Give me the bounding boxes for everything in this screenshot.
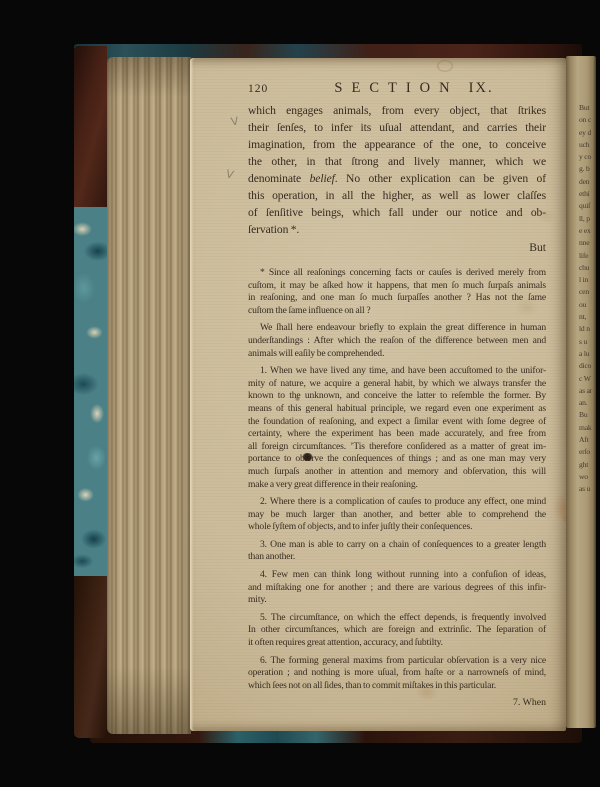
text-fragment: nt,	[579, 311, 596, 323]
paragraph: 4. Few men can think long without runnin…	[248, 569, 546, 607]
text-segment: of ſenſitive beings, which fall under ou…	[248, 206, 546, 219]
paragraph: which engages animals, from every object…	[248, 102, 546, 238]
stain-ring	[434, 58, 456, 74]
text-segment: In other circumſtances, which are foreig…	[248, 624, 546, 635]
text-line: cuſtom the ſame influence on all ?	[248, 305, 546, 318]
text-segment: . No other explication can be given of	[335, 172, 546, 185]
stain-foxing	[412, 680, 442, 704]
text-line: which ſees not on all ſides, than to com…	[248, 680, 546, 693]
text-line: certainty, where the experiment has been…	[248, 428, 546, 441]
text-line: the foundation of reaſoning, and expect …	[248, 416, 546, 429]
text-segment: mity of nature, we acquire a general hab…	[248, 378, 546, 389]
text-fragment: erſo	[579, 446, 596, 458]
text-line: than another.	[248, 551, 546, 564]
text-fragment: ethi	[579, 188, 596, 200]
stain-foxing	[306, 656, 322, 668]
text-segment: 5. The circumſtance, on which the effect…	[260, 612, 546, 623]
text-fragment: an.	[579, 397, 596, 409]
text-segment: We ſhall here endeavour briefly to expla…	[260, 322, 546, 333]
text-segment: it often requires great attention, accur…	[248, 637, 443, 648]
text-line: whole ſyſtem of objects, and to infer ju…	[248, 521, 546, 534]
text-line: * Since all reaſonings concerning facts …	[248, 267, 546, 280]
italic-word: belief	[310, 172, 335, 185]
text-fragment: den	[579, 176, 596, 188]
text-line: make a very great difference in their re…	[248, 479, 546, 492]
spine-leather-bottom	[74, 576, 107, 738]
text-line: 4. Few men can think long without runnin…	[248, 569, 546, 582]
section-title: SECTIONIX.	[248, 79, 546, 97]
text-fragment: cen	[579, 286, 596, 298]
text-segment: animals will eaſily be comprehended.	[248, 348, 384, 359]
text-segment: the other, in that ſtrong and lively man…	[248, 155, 546, 168]
text-segment: 3. One man is able to carry on a chain o…	[260, 539, 546, 550]
section-word: SECTION	[334, 80, 458, 96]
text-fragment: s u	[579, 336, 596, 348]
text-segment: 6. The forming general maxims from parti…	[260, 655, 546, 666]
text-segment: known to the unknown, and conceive the l…	[248, 390, 546, 401]
text-line: 5. The circumſtance, on which the effect…	[248, 612, 546, 625]
page-edge-stack	[107, 57, 191, 734]
text-segment: in reaſoning, and one man ſo much ſurpaſ…	[248, 292, 546, 303]
text-segment: 2. Where there is a complication of cauſ…	[260, 496, 546, 507]
page-header: 120 SECTIONIX.	[248, 79, 546, 97]
text-line: cuſtom, it may be aſked how it happens, …	[248, 280, 546, 293]
bottom-catchword: 7. When	[248, 697, 546, 708]
section-numeral: IX.	[469, 80, 494, 96]
text-segment: their ſenſes, to infer its uſual attenda…	[248, 121, 546, 134]
footnote-block: * Since all reaſonings concerning facts …	[248, 267, 546, 692]
text-fragment: ll, p	[579, 213, 596, 225]
ink-blot	[302, 453, 313, 461]
text-segment: imagination, from the appearance of the …	[248, 138, 546, 151]
text-fragment: c W	[579, 373, 596, 385]
text-fragment: l in	[579, 274, 596, 286]
text-line: all foreign circumſtances. ’Tis therefor…	[248, 441, 546, 454]
stain-foxing	[512, 294, 542, 320]
paragraph: 5. The circumſtance, on which the effect…	[248, 612, 546, 650]
text-line: their ſenſes, to infer its uſual attenda…	[248, 119, 546, 136]
facing-page-edge: Buton cey duchy cog. bdenethiquiſll, pe …	[566, 56, 596, 728]
text-segment: denominate	[248, 172, 310, 185]
text-segment: mity.	[248, 594, 267, 605]
text-line: much ſurpaſs another in attention and me…	[248, 466, 546, 479]
text-line: means of this general habitual principle…	[248, 403, 546, 416]
text-line: of ſenſitive beings, which fall under ou…	[248, 204, 546, 221]
text-fragment: y co	[579, 151, 596, 163]
book-page: 120 SECTIONIX. which engages animals, fr…	[190, 58, 566, 731]
text-segment: means of this general habitual principle…	[248, 403, 546, 414]
text-segment: 4. Few men can think long without runnin…	[260, 569, 546, 580]
text-line: denominate belief. No other explication …	[248, 170, 546, 187]
book-photograph: 120 SECTIONIX. which engages animals, fr…	[0, 0, 600, 787]
text-segment: cuſtom the ſame influence on all ?	[248, 305, 370, 316]
text-segment: operation ; and nothing is more uſual, f…	[248, 667, 546, 678]
text-fragment: uch	[579, 139, 596, 151]
text-fragment: dico	[579, 360, 596, 372]
text-fragment: quiſ	[579, 200, 596, 212]
text-segment: may be much larger than another, and bet…	[248, 509, 546, 520]
text-segment: all foreign circumſtances. ’Tis therefor…	[248, 441, 546, 452]
paragraph: 1. When we have lived any time, and have…	[248, 365, 546, 491]
spine-leather-top	[74, 46, 107, 207]
text-line: 1. When we have lived any time, and have…	[248, 365, 546, 378]
text-line: this operation, in all the higher, as we…	[248, 187, 546, 204]
text-fragment: Bu	[579, 409, 596, 421]
text-segment: which engages animals, from every object…	[248, 104, 546, 117]
text-line: the other, in that ſtrong and lively man…	[248, 153, 546, 170]
text-fragment: Aft	[579, 434, 596, 446]
text-segment: than another.	[248, 551, 295, 562]
text-segment: make a very great difference in their re…	[248, 479, 418, 490]
text-fragment: life	[579, 250, 596, 262]
text-line: underſtandings : After which the reaſon …	[248, 335, 546, 348]
text-segment: certainty, where the experiment has been…	[248, 428, 546, 439]
text-fragment: a lu	[579, 348, 596, 360]
text-segment: cuſtom, it may be aſked how it happens, …	[248, 280, 546, 291]
text-segment: 1. When we have lived any time, and have…	[260, 365, 546, 376]
text-line: animals will eaſily be comprehended.	[248, 348, 546, 361]
text-segment: portance to obſerve the conſequences of …	[248, 453, 546, 464]
text-line: 2. Where there is a complication of cauſ…	[248, 496, 546, 509]
text-line: imagination, from the appearance of the …	[248, 136, 546, 153]
text-fragment: on c	[579, 114, 596, 126]
text-line: in reaſoning, and one man ſo much ſurpaſ…	[248, 292, 546, 305]
text-line: 6. The forming general maxims from parti…	[248, 655, 546, 668]
text-line: which engages animals, from every object…	[248, 102, 546, 119]
text-line: mity of nature, we acquire a general hab…	[248, 378, 546, 391]
text-fragment: g. b	[579, 163, 596, 175]
pencil-mark: V	[230, 114, 240, 128]
text-fragment: as u	[579, 483, 596, 495]
paragraph: 6. The forming general maxims from parti…	[248, 655, 546, 693]
text-segment: which ſees not on all ſides, than to com…	[248, 680, 496, 691]
text-line: it often requires great attention, accur…	[248, 637, 546, 650]
mid-catchword: But	[248, 241, 546, 254]
text-fragment: e ex	[579, 225, 596, 237]
text-line: may be much larger than another, and bet…	[248, 509, 546, 522]
text-line: operation ; and nothing is more uſual, f…	[248, 667, 546, 680]
stain-foxing	[534, 206, 558, 226]
text-line: In other circumſtances, which are foreig…	[248, 624, 546, 637]
text-fragment: mak	[579, 422, 596, 434]
text-fragment: ld n	[579, 323, 596, 335]
text-line: mity.	[248, 594, 546, 607]
pencil-mark: V	[225, 167, 235, 181]
text-column: which engages animals, from every object…	[248, 102, 546, 708]
text-line: We ſhall here endeavour briefly to expla…	[248, 322, 546, 335]
text-fragment: ght	[579, 459, 596, 471]
facing-page-text-fragments: Buton cey duchy cog. bdenethiquiſll, pe …	[579, 102, 596, 496]
paragraph: 2. Where there is a complication of cauſ…	[248, 496, 546, 534]
text-segment: ſervation *.	[248, 223, 299, 236]
paragraph: We ſhall here endeavour briefly to expla…	[248, 322, 546, 360]
paragraph: 3. One man is able to carry on a chain o…	[248, 539, 546, 564]
text-fragment: wo	[579, 471, 596, 483]
text-segment: and miſtaking one for another ; and ther…	[248, 582, 546, 593]
text-line: known to the unknown, and conceive the l…	[248, 390, 546, 403]
stain-speck	[294, 396, 301, 402]
text-fragment: nne	[579, 237, 596, 249]
text-fragment: ey d	[579, 127, 596, 139]
text-segment: underſtandings : After which the reaſon …	[248, 335, 546, 346]
text-fragment: ou	[579, 299, 596, 311]
text-line: portance to obſerve the conſequences of …	[248, 453, 546, 466]
text-line: ſervation *.	[248, 221, 546, 238]
marbled-paper-board	[74, 207, 107, 576]
text-fragment: chu	[579, 262, 596, 274]
body-text: which engages animals, from every object…	[248, 102, 546, 238]
text-line: and miſtaking one for another ; and ther…	[248, 582, 546, 595]
text-fragment: But	[579, 102, 596, 114]
paragraph: * Since all reaſonings concerning facts …	[248, 267, 546, 317]
text-line: 3. One man is able to carry on a chain o…	[248, 539, 546, 552]
text-segment: much ſurpaſs another in attention and me…	[248, 466, 546, 477]
text-segment: this operation, in all the higher, as we…	[248, 189, 546, 202]
text-segment: whole ſyſtem of objects, and to infer ju…	[248, 521, 472, 532]
text-fragment: as ar	[579, 385, 596, 397]
text-segment: the foundation of reaſoning, and expect …	[248, 416, 546, 427]
text-segment: * Since all reaſonings concerning facts …	[260, 267, 546, 278]
